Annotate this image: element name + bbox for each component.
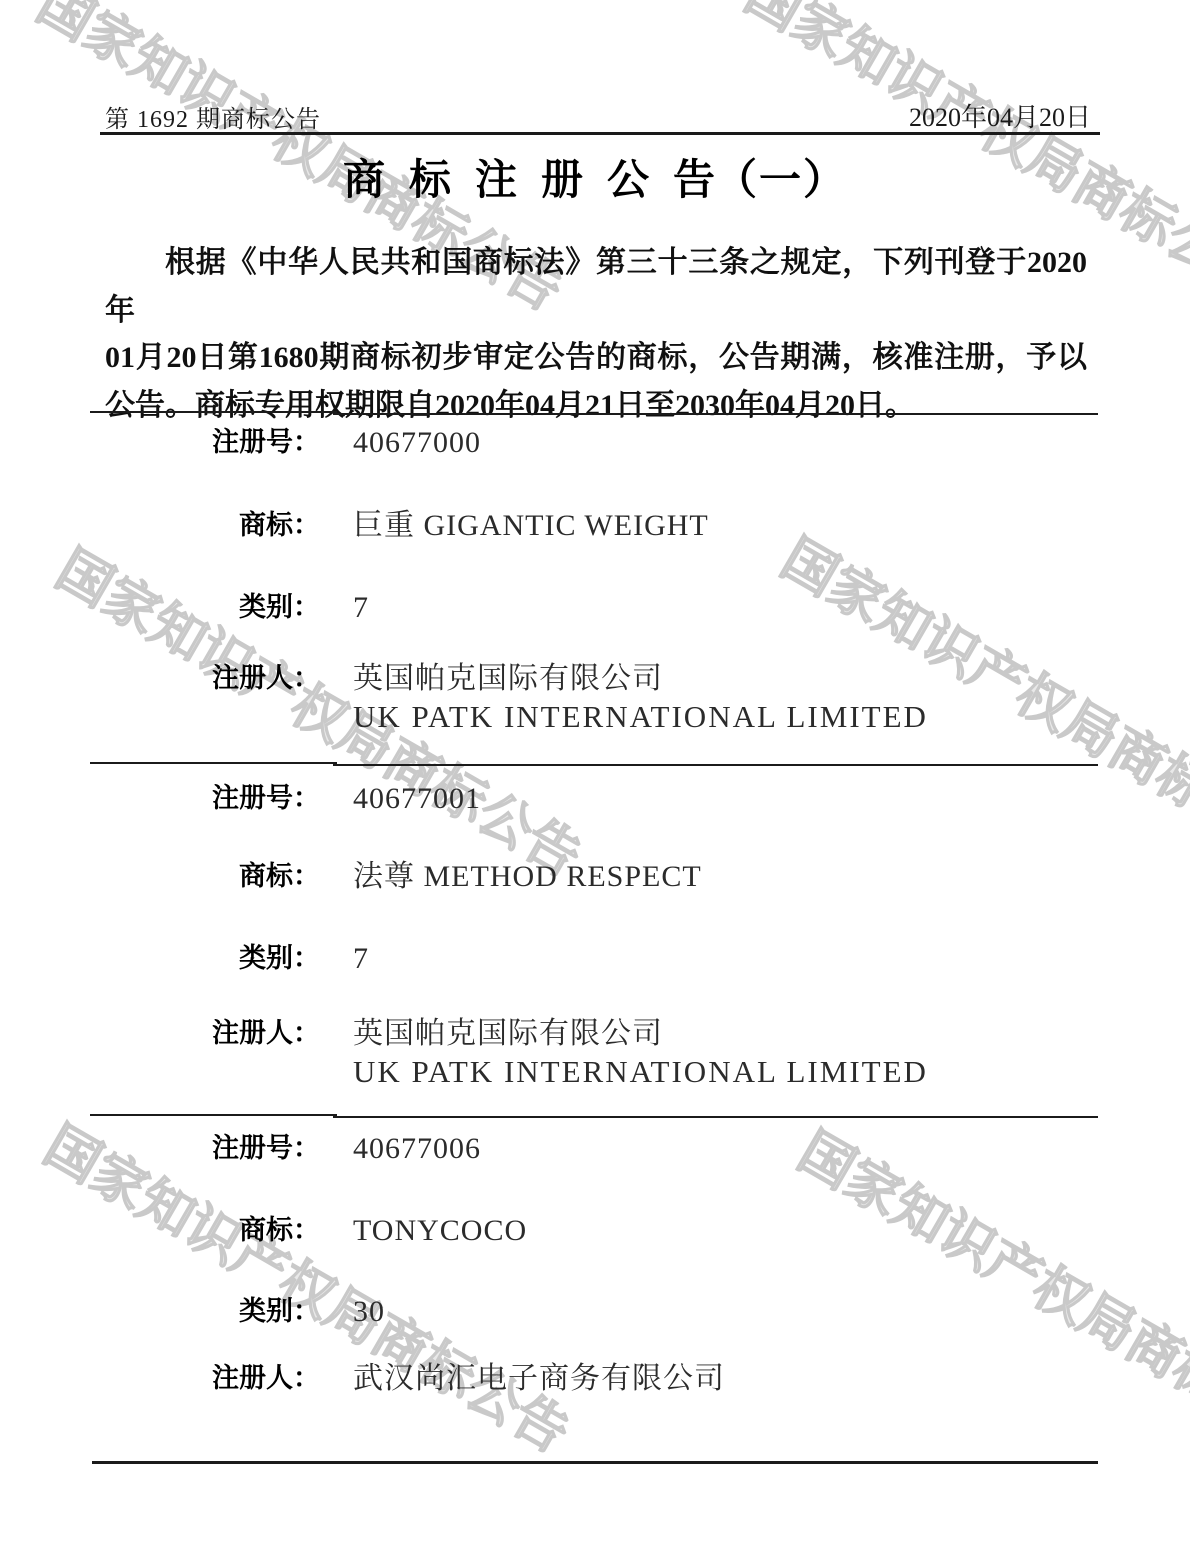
category-label: 类别： xyxy=(0,941,320,975)
reg-no-row: 注册号： 40677001 xyxy=(0,781,1110,817)
category-label: 类别： xyxy=(0,590,320,624)
registrant-label: 注册人： xyxy=(0,1016,320,1050)
category-row: 类别： 7 xyxy=(0,590,1110,626)
intro-line: 公告。商标专用权期限自2020年04月21日至2030年04月20日。 xyxy=(105,382,1087,430)
registrant-label: 注册人： xyxy=(0,661,320,695)
registrant-label: 注册人： xyxy=(0,1361,320,1395)
page-title: 商标注册公告（一） xyxy=(0,147,1190,207)
registrant-cn-value: 武汉尚汇电子商务有限公司 xyxy=(353,1362,725,1396)
header-rule xyxy=(100,132,1100,135)
intro-line: 根据《中华人民共和国商标法》第三十三条之规定，下列刊登于2020年 xyxy=(105,239,1087,334)
category-row: 类别： 7 xyxy=(0,941,1110,977)
entry-separator xyxy=(90,762,1098,767)
reg-no-label: 注册号： xyxy=(0,781,320,815)
trademark-label: 商标： xyxy=(0,859,320,893)
entry-separator xyxy=(90,411,1098,416)
category-row: 类别： 30 xyxy=(0,1294,1110,1330)
registrant-en-value: UK PATK INTERNATIONAL LIMITED xyxy=(353,1055,928,1089)
trademark-value: 法尊 METHOD RESPECT xyxy=(353,860,702,894)
registrant-en-row: UK PATK INTERNATIONAL LIMITED xyxy=(0,700,1110,736)
entry-separator xyxy=(90,1114,1098,1119)
registrant-cn-value: 英国帕克国际有限公司 xyxy=(353,662,663,696)
trademark-value: 巨重 GIGANTIC WEIGHT xyxy=(353,509,709,543)
trademark-label: 商标： xyxy=(0,1213,320,1247)
trademark-row: 商标： TONYCOCO xyxy=(0,1213,1110,1249)
page-content: 第 1692 期商标公告 2020年04月20日 商标注册公告（一） 根据《中华… xyxy=(0,0,1190,1564)
trademark-row: 商标： 法尊 METHOD RESPECT xyxy=(0,859,1110,895)
reg-no-label: 注册号： xyxy=(0,425,320,459)
trademark-value: TONYCOCO xyxy=(353,1214,527,1248)
registrant-row: 注册人： 英国帕克国际有限公司 xyxy=(0,661,1110,697)
gazette-date: 2020年04月20日 xyxy=(909,97,1091,134)
reg-no-row: 注册号： 40677000 xyxy=(0,425,1110,461)
category-label: 类别： xyxy=(0,1294,320,1328)
category-value: 7 xyxy=(353,942,369,976)
registrant-en-row: UK PATK INTERNATIONAL LIMITED xyxy=(0,1055,1110,1091)
page-title-main: 商标注册公告 xyxy=(343,158,739,204)
registrant-cn-value: 英国帕克国际有限公司 xyxy=(353,1017,663,1051)
trademark-label: 商标： xyxy=(0,508,320,542)
intro-paragraph: 根据《中华人民共和国商标法》第三十三条之规定，下列刊登于2020年 01月20日… xyxy=(105,239,1087,429)
gazette-page: 国家知识产权局商标公告 国家知识产权局商标公告 国家知识产权局商标公告 国家知识… xyxy=(0,0,1190,1564)
category-value: 30 xyxy=(353,1295,385,1329)
registrant-row: 注册人： 英国帕克国际有限公司 xyxy=(0,1016,1110,1052)
reg-no-value: 40677006 xyxy=(353,1132,481,1166)
category-value: 7 xyxy=(353,591,369,625)
intro-line: 01月20日第1680期商标初步审定公告的商标，公告期满，核准注册，予以 xyxy=(105,334,1087,382)
reg-no-value: 40677000 xyxy=(353,426,481,460)
reg-no-label: 注册号： xyxy=(0,1131,320,1165)
page-title-suffix: （一） xyxy=(715,158,847,204)
bottom-rule xyxy=(92,1461,1098,1464)
trademark-row: 商标： 巨重 GIGANTIC WEIGHT xyxy=(0,508,1110,544)
registrant-en-value: UK PATK INTERNATIONAL LIMITED xyxy=(353,700,928,734)
registrant-en-row xyxy=(0,1400,1110,1436)
gazette-issue-number: 第 1692 期商标公告 xyxy=(105,99,321,134)
reg-no-value: 40677001 xyxy=(353,782,481,816)
registrant-row: 注册人： 武汉尚汇电子商务有限公司 xyxy=(0,1361,1110,1397)
reg-no-row: 注册号： 40677006 xyxy=(0,1131,1110,1167)
